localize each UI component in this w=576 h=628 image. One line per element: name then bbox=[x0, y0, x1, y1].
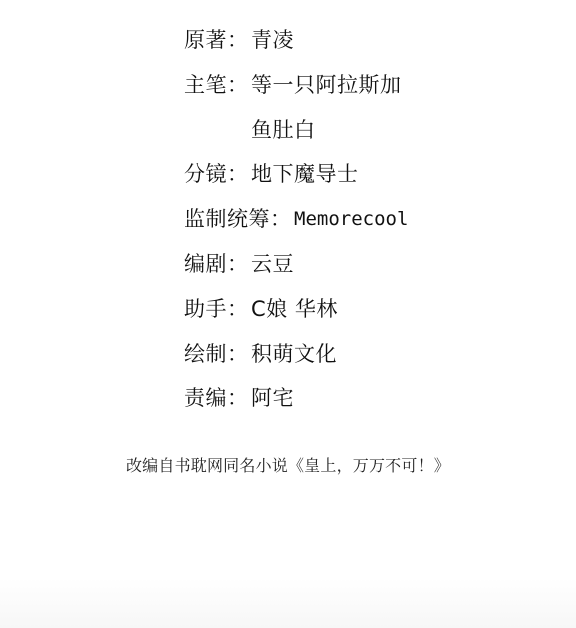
credit-name: 青凌 bbox=[251, 26, 294, 54]
credit-editor: 责编：阿宅 bbox=[184, 384, 408, 429]
credit-illustration: 绘制：积萌文化 bbox=[184, 340, 408, 385]
credit-name: Memorecool bbox=[294, 205, 408, 233]
credit-separator: ： bbox=[227, 71, 251, 99]
credit-producer: 监制统筹：Memorecool bbox=[184, 205, 408, 250]
credit-role: 助手 bbox=[184, 295, 227, 323]
credit-name: 云豆 bbox=[251, 250, 294, 278]
credit-assistants: 助手：C娘 华林 bbox=[184, 295, 408, 340]
credit-separator: ： bbox=[227, 295, 251, 323]
credits-page: 原著：青凌 主笔：等一只阿拉斯加 鱼肚白 分镜：地下魔导士 监制统筹：Memor… bbox=[0, 0, 576, 628]
credit-separator: ： bbox=[227, 340, 251, 368]
credit-role: 责编 bbox=[184, 384, 227, 412]
credit-separator: ： bbox=[227, 160, 251, 188]
credit-role: 监制统筹 bbox=[184, 205, 270, 233]
credit-name: 积萌文化 bbox=[251, 340, 337, 368]
credit-separator: ： bbox=[227, 26, 251, 54]
credit-name: C娘 华林 bbox=[251, 295, 338, 323]
credit-name: 鱼肚白 bbox=[251, 116, 316, 144]
credit-lead-artist-2: 鱼肚白 bbox=[184, 116, 408, 161]
credit-lead-artist: 主笔：等一只阿拉斯加 bbox=[184, 71, 408, 116]
credit-screenwriter: 编剧：云豆 bbox=[184, 250, 408, 295]
credit-role: 绘制 bbox=[184, 340, 227, 368]
credit-role: 主笔 bbox=[184, 71, 227, 99]
credit-name: 地下魔导士 bbox=[251, 160, 359, 188]
credit-separator: ： bbox=[227, 384, 251, 412]
credit-role: 原著 bbox=[184, 26, 227, 54]
credit-name: 阿宅 bbox=[251, 384, 294, 412]
credit-role: 编剧 bbox=[184, 250, 227, 278]
credit-separator: ： bbox=[270, 205, 294, 233]
credit-separator: ： bbox=[227, 250, 251, 278]
credit-storyboard: 分镜：地下魔导士 bbox=[184, 160, 408, 205]
adaptation-note: 改编自书耽网同名小说《皇上，万万不可！》 bbox=[0, 455, 576, 477]
credit-name: 等一只阿拉斯加 bbox=[251, 71, 402, 99]
credit-original-author: 原著：青凌 bbox=[184, 26, 408, 71]
credits-list: 原著：青凌 主笔：等一只阿拉斯加 鱼肚白 分镜：地下魔导士 监制统筹：Memor… bbox=[184, 26, 408, 429]
credit-role: 分镜 bbox=[184, 160, 227, 188]
